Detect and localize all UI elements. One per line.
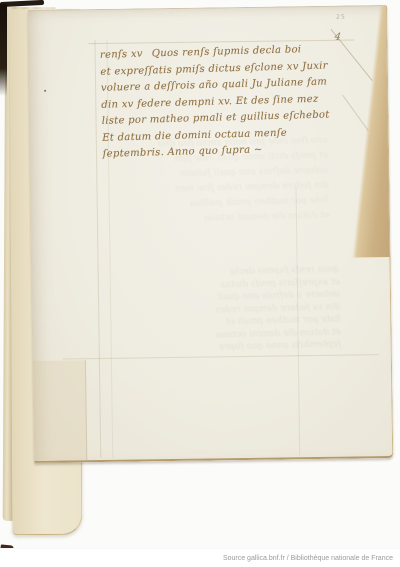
- source-bar: Source gallica.bnf.fr / Bibliothèque nat…: [0, 548, 400, 567]
- manuscript-scan: ano ſmo inde pro notis amno ſire dno et …: [0, 0, 400, 567]
- line-body: Quos renſs ſupmis decla boi: [152, 44, 302, 59]
- ink-speck: [44, 90, 46, 92]
- ruling-line-vertical: [94, 40, 101, 458]
- book-cover-spine-edge: [0, 4, 7, 96]
- source-credit-text: Source gallica.bnf.fr / Bibliothèque nat…: [223, 549, 393, 567]
- lower-left-seam: [33, 360, 87, 461]
- handwritten-text-block: renſs xvQuos renſs ſupmis decla boi et e…: [100, 41, 365, 164]
- folio-annotation-pencil: 25: [336, 14, 346, 21]
- manuscript-page: ano ſmo inde pro notis amno ſire dno et …: [28, 5, 393, 463]
- showthrough-text-lower: quos renſs ſupmis decla et expreſſatis p…: [103, 263, 341, 356]
- line-prefix: renſs xv: [100, 49, 143, 61]
